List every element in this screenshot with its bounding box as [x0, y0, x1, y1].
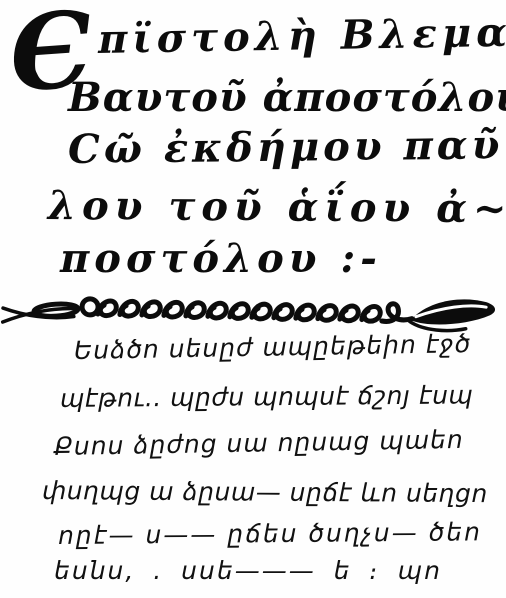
greek-title-line: ποστόλου :-	[60, 237, 382, 281]
armenian-cursive-line: Եսձծո սեսըժ ապըեթեիո էջծ	[74, 329, 472, 366]
armenian-cursive-line: եսնս, . սսե——— ե ։ պո	[54, 556, 442, 586]
armenian-cursive-line: ոըէ— ս—— ըճես ծսղչս— ծեո	[58, 517, 482, 551]
manuscript-page: Є πϊστολὴ Βλεμαύ Βαυτοῦ ἀποστόλου. Ϲῶ ἐκ…	[0, 0, 506, 598]
armenian-cursive-line: Քսոս ձըժոց սա ոըսաց պաեո	[54, 425, 464, 462]
armenian-cursive-line: պէթու.. պըժս պոպսէ ճշոյ էսպ	[60, 380, 474, 414]
rope-leaf-flourish	[382, 298, 496, 332]
greek-title-line: πϊστολὴ Βλεμαύ	[98, 10, 506, 62]
greek-title-line: Βαυτοῦ ἀποστόλου.	[68, 76, 506, 120]
rope-loop-chain	[98, 301, 380, 322]
greek-title-line: Ϲῶ ἐκδήμου παῦ	[68, 123, 504, 172]
greek-title-line: λου τοῦ ἁΐου ἀ~	[48, 184, 506, 231]
armenian-cursive-line: փսղպց ա ձըսա— սըճէ ևո սեղցո	[42, 476, 488, 509]
